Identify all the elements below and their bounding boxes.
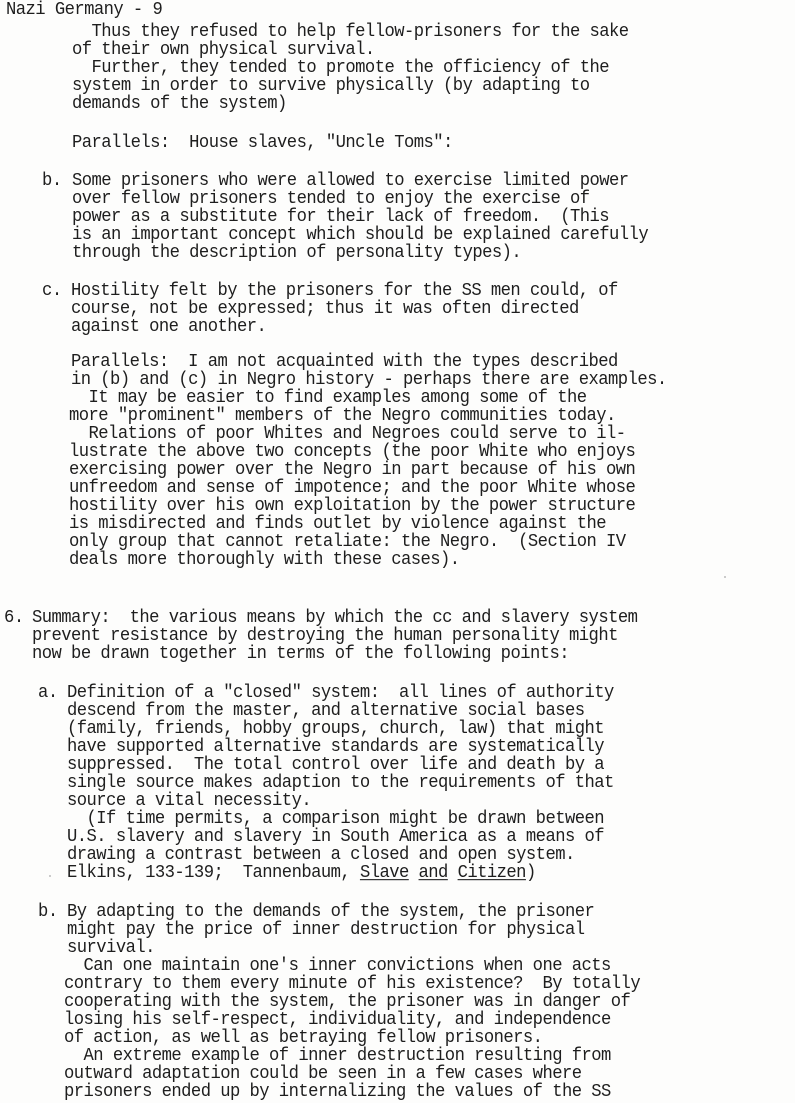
section-number: 6. [4,609,24,628]
text-line: now be drawn together in terms of the fo… [32,645,569,664]
list-marker: b. [38,903,58,922]
document-page: Nazi Germany - 9 Thus they refused to he… [0,0,795,1103]
text-line: through the description of personality t… [72,244,521,263]
text-line: demands of the system) [72,95,287,114]
text-line: deals more thoroughly with these cases). [69,551,460,570]
parallels-note: Parallels: House slaves, "Uncle Toms": [72,134,453,153]
citation-space [448,863,458,884]
citation-line: Elkins, 133-139; Tannenbaum, Slave and C… [67,864,536,883]
text-line: prisoners ended up by internalizing the … [64,1083,611,1102]
citation-space [409,863,419,884]
text-line: against one another. [71,318,266,337]
citation-text: Elkins, 133-139; Tannenbaum, [67,863,360,884]
list-marker: a. [38,684,58,703]
book-title-slave: Slave [360,863,409,884]
scan-speck [724,576,726,578]
book-title-and: and [419,863,448,884]
scan-speck [49,875,51,877]
book-title-citizen: Citizen [458,863,526,884]
list-marker: c. [42,282,62,301]
page-header: Nazi Germany - 9 [6,1,162,20]
citation-close: ) [526,863,536,884]
list-marker: b. [42,172,62,191]
